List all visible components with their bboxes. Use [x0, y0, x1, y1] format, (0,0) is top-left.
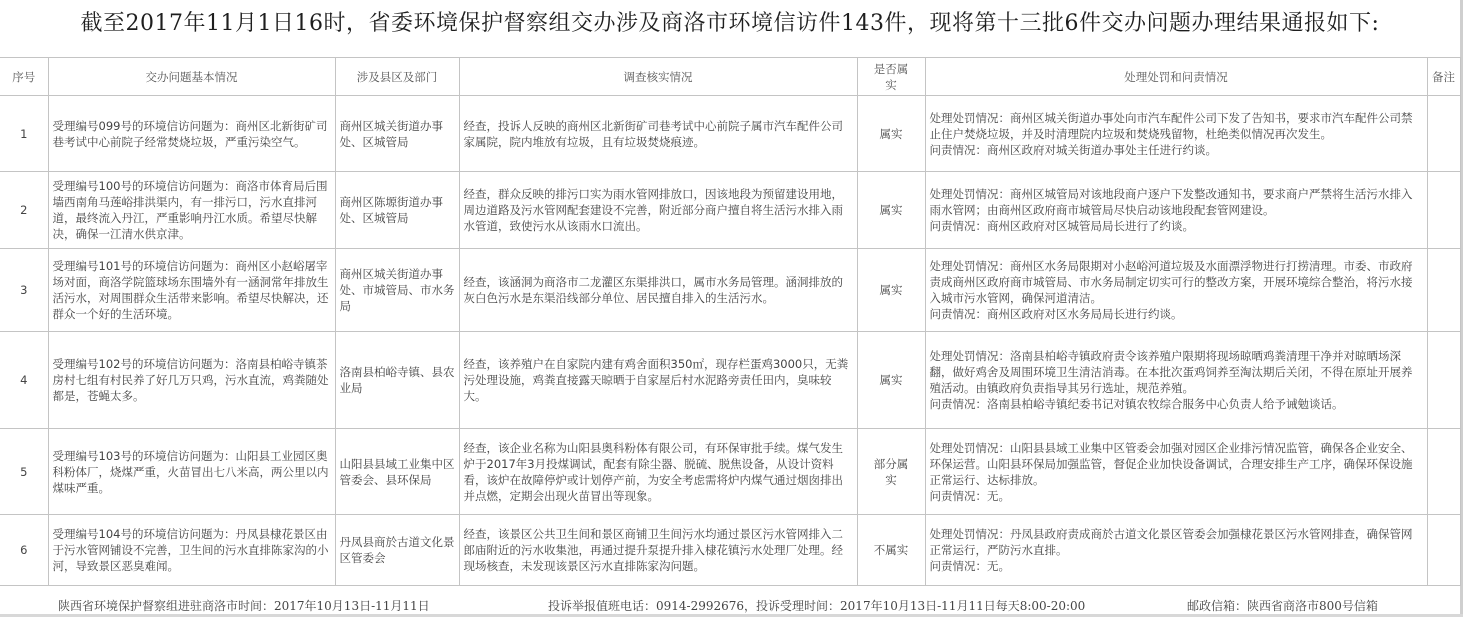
cell-is-true: 属实 — [857, 96, 925, 172]
cell-note — [1427, 515, 1460, 586]
table-row: 4 受理编号102号的环境信访问题为：洛南县柏峪寺镇茶房村七组有村民养了好几万只… — [0, 332, 1460, 429]
handling-text: 处理处罚情况：商州区水务局限期对小赵峪河道垃圾及水面漂浮物进行打捞清理。市委、市… — [930, 258, 1423, 306]
header-basic: 交办问题基本情况 — [48, 58, 335, 96]
accountability-text: 问责情况：商州区政府对区城管局局长进行了约谈。 — [930, 218, 1423, 234]
cell-basic: 受理编号100号的环境信访问题为：商洛市体育局后围墙西南角马莲峪排洪渠内，有一排… — [48, 172, 335, 249]
table-row: 6 受理编号104号的环境信访问题为：丹凤县棣花景区由于污水管网铺设不完善，卫生… — [0, 515, 1460, 586]
cell-dept: 商州区城关街道办事处、市城管局、市水务局 — [335, 249, 459, 332]
cell-result: 处理处罚情况：商州区城管局对该地段商户逐户下发整改通知书，要求商户严禁将生活污水… — [925, 172, 1427, 249]
table-header-row: 序号 交办问题基本情况 涉及县区及部门 调查核实情况 是否属实 处理处罚和问责情… — [0, 58, 1460, 96]
cell-no: 3 — [0, 249, 48, 332]
cell-result: 处理处罚情况：商州区城关街道办事处向市汽车配件公司下发了告知书，要求市汽车配件公… — [925, 96, 1427, 172]
cell-basic: 受理编号104号的环境信访问题为：丹凤县棣花景区由于污水管网铺设不完善，卫生间的… — [48, 515, 335, 586]
cell-basic: 受理编号099号的环境信访问题为：商州区北新街矿司巷考试中心前院子经常焚烧垃圾，… — [48, 96, 335, 172]
cell-no: 2 — [0, 172, 48, 249]
handling-text: 处理处罚情况：商州区城管局对该地段商户逐户下发整改通知书，要求商户严禁将生活污水… — [930, 186, 1423, 218]
header-no: 序号 — [0, 58, 48, 96]
cell-note — [1427, 332, 1460, 429]
accountability-text: 问责情况：无。 — [930, 558, 1423, 574]
cell-result: 处理处罚情况：洛南县柏峪寺镇政府责令该养殖户限期将现场晾晒鸡粪清理干净并对晾晒场… — [925, 332, 1427, 429]
cell-invest: 经查，该涵洞为商洛市二龙灌区东渠排洪口，属市水务局管理。涵洞排放的灰白色污水是东… — [459, 249, 857, 332]
footer-hotline: 投诉举报值班电话：0914-2992676，投诉受理时间：2017年10月13日… — [548, 597, 1085, 614]
header-is-true: 是否属实 — [857, 58, 925, 96]
report-page: 截至2017年11月1日16时，省委环境保护督察组交办涉及商洛市环境信访件143… — [0, 0, 1463, 617]
accountability-text: 问责情况：商州区政府对区水务局局长进行约谈。 — [930, 306, 1423, 322]
handling-text: 处理处罚情况：商州区城关街道办事处向市汽车配件公司下发了告知书，要求市汽车配件公… — [930, 110, 1423, 142]
table-row: 3 受理编号101号的环境信访问题为：商州区小赵峪屠宰场对面，商洛学院篮球场东围… — [0, 249, 1460, 332]
cell-is-true: 部分属实 — [857, 429, 925, 515]
cell-no: 1 — [0, 96, 48, 172]
cell-is-true: 属实 — [857, 172, 925, 249]
cell-note — [1427, 429, 1460, 515]
cell-basic: 受理编号103号的环境信访问题为：山阳县工业园区奥科粉体厂，烧煤严重，火苗冒出七… — [48, 429, 335, 515]
cell-is-true: 不属实 — [857, 515, 925, 586]
table-row: 2 受理编号100号的环境信访问题为：商洛市体育局后围墙西南角马莲峪排洪渠内，有… — [0, 172, 1460, 249]
results-table: 序号 交办问题基本情况 涉及县区及部门 调查核实情况 是否属实 处理处罚和问责情… — [0, 57, 1461, 586]
accountability-text: 问责情况：洛南县柏峪寺镇纪委书记对镇农牧综合服务中心负责人给予诫勉谈话。 — [930, 396, 1423, 412]
cell-dept: 商州区城关街道办事处、区城管局 — [335, 96, 459, 172]
cell-no: 5 — [0, 429, 48, 515]
footer-mailbox: 邮政信箱：陕西省商洛市800号信箱 — [1187, 597, 1378, 614]
cell-dept: 山阳县县域工业集中区管委会、县环保局 — [335, 429, 459, 515]
cell-note — [1427, 96, 1460, 172]
accountability-text: 问责情况：商州区政府对城关街道办事处主任进行约谈。 — [930, 142, 1423, 158]
table-row: 1 受理编号099号的环境信访问题为：商州区北新街矿司巷考试中心前院子经常焚烧垃… — [0, 96, 1460, 172]
accountability-text: 问责情况：无。 — [930, 488, 1423, 504]
cell-invest: 经查，投诉人反映的商州区北新街矿司巷考试中心前院子属市汽车配件公司家属院，院内堆… — [459, 96, 857, 172]
header-result: 处理处罚和问责情况 — [925, 58, 1427, 96]
cell-invest: 经查，该景区公共卫生间和景区商铺卫生间污水均通过景区污水管网排入二郎庙附近的污水… — [459, 515, 857, 586]
header-note: 备注 — [1427, 58, 1460, 96]
cell-no: 4 — [0, 332, 48, 429]
cell-note — [1427, 249, 1460, 332]
cell-note — [1427, 172, 1460, 249]
cell-is-true: 属实 — [857, 332, 925, 429]
cell-result: 处理处罚情况：山阳县县域工业集中区管委会加强对园区企业排污情况监管，确保各企业安… — [925, 429, 1427, 515]
cell-basic: 受理编号102号的环境信访问题为：洛南县柏峪寺镇茶房村七组有村民养了好几万只鸡，… — [48, 332, 335, 429]
cell-result: 处理处罚情况：商州区水务局限期对小赵峪河道垃圾及水面漂浮物进行打捞清理。市委、市… — [925, 249, 1427, 332]
cell-dept: 商州区陈塬街道办事处、区城管局 — [335, 172, 459, 249]
cell-no: 6 — [0, 515, 48, 586]
cell-is-true: 属实 — [857, 249, 925, 332]
cell-result: 处理处罚情况：丹凤县政府责成商於古道文化景区管委会加强棣花景区污水管网排查，确保… — [925, 515, 1427, 586]
footer: 陕西省环境保护督察组进驻商洛市时间：2017年10月13日-11月11日 投诉举… — [0, 595, 1460, 615]
cell-invest: 经查，该养殖户在自家院内建有鸡舍面积350㎡，现存栏蛋鸡3000只，无粪污处理设… — [459, 332, 857, 429]
handling-text: 处理处罚情况：丹凤县政府责成商於古道文化景区管委会加强棣花景区污水管网排查，确保… — [930, 526, 1423, 558]
handling-text: 处理处罚情况：洛南县柏峪寺镇政府责令该养殖户限期将现场晾晒鸡粪清理干净并对晾晒场… — [930, 348, 1423, 396]
cell-dept: 洛南县柏峪寺镇、县农业局 — [335, 332, 459, 429]
cell-dept: 丹凤县商於古道文化景区管委会 — [335, 515, 459, 586]
document-title: 截至2017年11月1日16时，省委环境保护督察组交办涉及商洛市环境信访件143… — [0, 4, 1460, 44]
footer-stationed-time: 陕西省环境保护督察组进驻商洛市时间：2017年10月13日-11月11日 — [58, 597, 430, 614]
header-invest: 调查核实情况 — [459, 58, 857, 96]
cell-invest: 经查，群众反映的排污口实为雨水管网排放口，因该地段为预留建设用地，周边道路及污水… — [459, 172, 857, 249]
header-dept: 涉及县区及部门 — [335, 58, 459, 96]
table-row: 5 受理编号103号的环境信访问题为：山阳县工业园区奥科粉体厂，烧煤严重，火苗冒… — [0, 429, 1460, 515]
cell-invest: 经查，该企业名称为山阳县奥科粉体有限公司，有环保审批手续。煤气发生炉于2017年… — [459, 429, 857, 515]
cell-basic: 受理编号101号的环境信访问题为：商州区小赵峪屠宰场对面，商洛学院篮球场东围墙外… — [48, 249, 335, 332]
handling-text: 处理处罚情况：山阳县县域工业集中区管委会加强对园区企业排污情况监管，确保各企业安… — [930, 440, 1423, 488]
